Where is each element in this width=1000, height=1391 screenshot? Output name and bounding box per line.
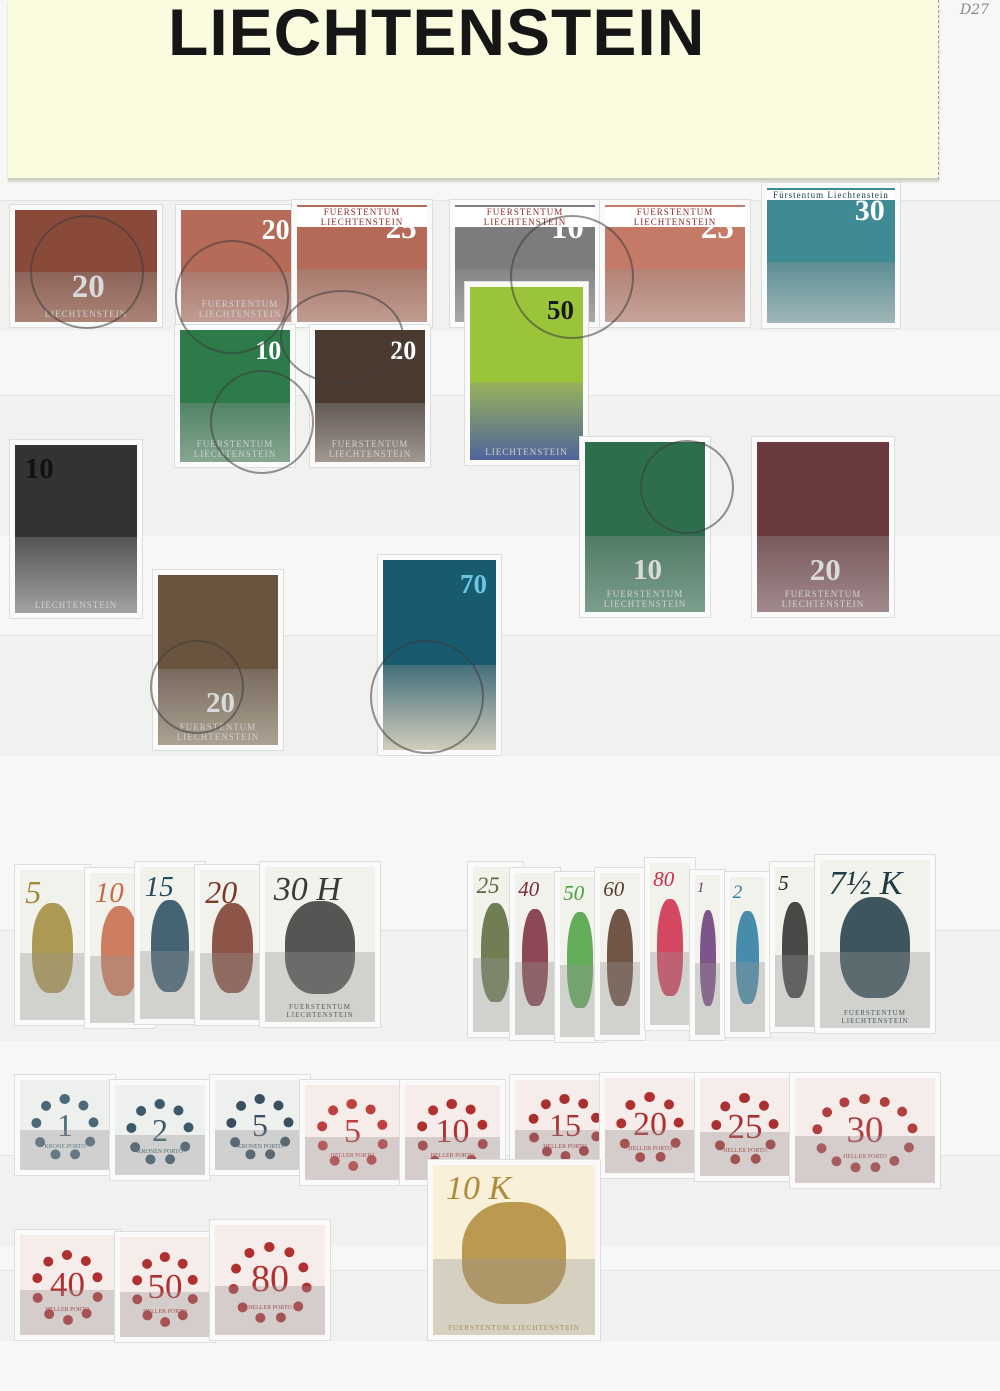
stamp-s35: 20HELLER PORTO [600,1073,700,1178]
denomination: 5 [25,876,41,908]
scan-shadow [695,963,720,1035]
denomination: 30 [855,196,885,226]
denomination: 10 [255,338,281,364]
scan-shadow [560,965,600,1037]
scan-shadow [315,403,425,462]
scan-shadow [115,1135,205,1176]
scan-shadow [600,962,640,1035]
scan-shadow [215,1130,305,1171]
pencil-note: D27 [960,2,989,18]
scan-shadow [215,1286,325,1336]
denomination: 5 [778,873,789,894]
scan-shadow [433,1259,595,1336]
stamp-s28: 7½ KFUERSTENTUM LIECHTENSTEIN [815,855,935,1033]
denomination: 50 [547,297,574,324]
stamp-s29: 1KRONE PORTO [15,1075,115,1175]
scan-shadow [20,1130,110,1171]
stamp-s27: 5 [770,862,820,1032]
stamp-caption: FUERSTENTUM LIECHTENSTEIN [297,207,427,227]
denomination: 20 [262,217,290,245]
scan-shadow [585,536,705,613]
scan-shadow [700,1132,790,1176]
stamp-s40: 80HELLER PORTO [210,1220,330,1340]
stamp-s14: 70 [378,555,501,755]
denomination: 1 [697,881,705,896]
scan-shadow [20,953,85,1021]
scan-shadow [180,403,290,462]
stamp-s32: 5HELLER PORTO [300,1080,405,1185]
scan-shadow [305,1137,400,1180]
denomination: 10 K [446,1172,511,1206]
stamp-s37: 30HELLER PORTO [790,1073,940,1188]
stamp-s36: 25HELLER PORTO [695,1073,795,1181]
stamp-s25: 1 [690,870,725,1040]
stamp-s5: 25FUERSTENTUM LIECHTENSTEIN [600,200,750,327]
scan-shadow [140,951,200,1019]
scan-shadow [200,953,265,1021]
scan-shadow [20,1290,115,1335]
scan-shadow [820,952,930,1028]
scan-shadow [757,536,889,613]
stamp-s9: 50LIECHTENSTEIN [465,282,588,465]
denomination: 20 [205,876,237,908]
stamp-s39: 50HELLER PORTO [115,1232,215,1342]
denomination: 2 [733,883,743,902]
stamp-s6: 30Fürstentum Liechtenstein [762,183,900,328]
stamp-s11: 10FUERSTENTUM LIECHTENSTEIN [580,437,710,617]
denomination: 40 [518,879,539,900]
stamp-s24: 80 [645,858,695,1030]
scan-shadow [470,382,583,460]
stamp-s18: 20 [195,865,270,1025]
stamp-s41: 10 KFUERSTENTUM LIECHTENSTEIN [428,1160,600,1340]
scan-shadow [120,1292,210,1337]
scan-shadow [15,537,137,613]
stamp-s38: 40HELLER PORTO [15,1230,120,1340]
scan-shadow [795,1136,935,1183]
stamp-s30: 2KRONEN PORTO [110,1080,210,1180]
stamp-s19: 30 HFUERSTENTUM LIECHTENSTEIN [260,862,380,1027]
stamp-s7: 10FUERSTENTUM LIECHTENSTEIN [175,325,295,467]
stamp-s2: 20FUERSTENTUM LIECHTENSTEIN [176,205,304,327]
denomination: 50 [563,883,584,904]
stamp-s10: 10LIECHTENSTEIN [10,440,142,618]
scan-shadow [515,962,555,1035]
stamp-s31: 5KRONEN PORTO [210,1075,310,1175]
stamp-s8: 20FUERSTENTUM LIECHTENSTEIN [310,325,430,467]
scan-shadow [605,1130,695,1173]
stamp-s12: 20FUERSTENTUM LIECHTENSTEIN [752,437,894,617]
scan-shadow [383,665,496,751]
scan-shadow [730,962,765,1032]
stamp-s13: 20FUERSTENTUM LIECHTENSTEIN [153,570,283,750]
scan-shadow [767,262,895,323]
denomination: 10 [25,455,54,484]
denomination: 25 [477,874,500,897]
denomination: 7½ K [829,867,903,901]
stamp-s23: 60 [595,868,645,1040]
denomination: 15 [145,873,174,902]
scan-shadow [775,955,815,1027]
scan-shadow [158,669,278,746]
scan-shadow [15,272,157,322]
denomination: 60 [603,879,624,900]
stamp-s3: 25FUERSTENTUM LIECHTENSTEIN [292,200,432,327]
denomination: 70 [460,571,487,598]
denomination: 10 [95,879,124,908]
stamp-caption: FUERSTENTUM LIECHTENSTEIN [455,207,595,227]
denomination: 30 H [274,873,341,907]
stamp-s26: 2 [725,872,770,1037]
scan-shadow [265,952,375,1022]
denomination: 20 [390,338,416,364]
denomination: 80 [653,869,674,890]
stamp-caption: Fürstentum Liechtenstein [767,190,895,200]
stamp-s1: 20LIECHTENSTEIN [10,205,162,327]
scan-shadow [297,269,427,322]
scan-shadow [181,272,299,322]
stamp-caption: FUERSTENTUM LIECHTENSTEIN [605,207,745,227]
scan-shadow [605,269,745,322]
scan-shadow [650,952,690,1025]
stamp-s15: 5 [15,865,90,1025]
page-title: LIECHTENSTEIN [168,0,705,70]
stamp-s21: 40 [510,868,560,1040]
country-header-card: LIECHTENSTEIN [8,0,939,180]
